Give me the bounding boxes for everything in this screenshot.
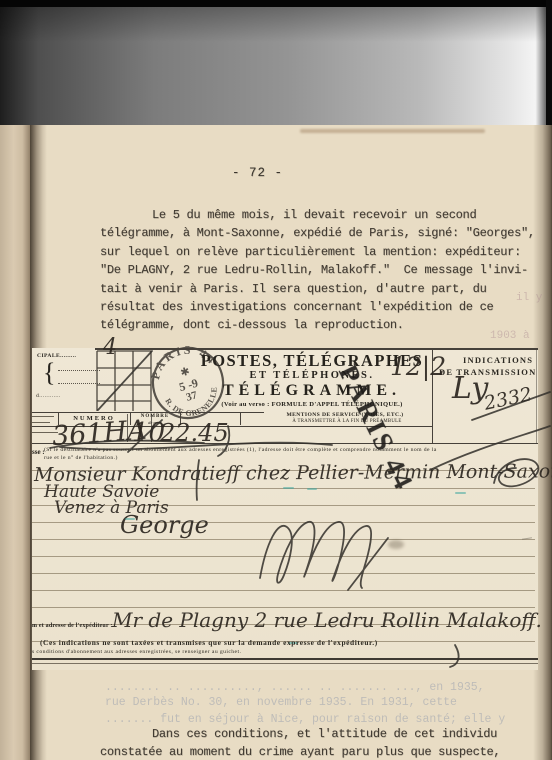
scanned-document: { "document": { "page_number": "- 72 -",… [0,0,552,760]
paragraph-line: télégramme, dont ci-dessous la reproduct… [100,316,535,334]
scan-smudge [300,129,485,133]
scanner-bezel-right [546,0,552,127]
column-tick [240,413,241,425]
fineprint-line-1: (Si le destinataire n'a pas souscrit un … [44,447,437,453]
form-right-border [536,348,537,443]
bleedthrough-line: rue Derbès No. 30, en novembre 1935. En … [105,696,457,709]
sender-note-2: s conditions d'abonnement aux adresses e… [32,649,241,655]
form-title-telegramme: TÉLÉGRAMME. [162,382,462,400]
sender-label: m et adresse de l'expéditeur : [32,623,113,629]
paragraph-line: télégramme, à Mont-Saxonne, expédié de P… [100,224,535,242]
bleedthrough-fragment: 1903 à [490,330,530,342]
handwritten-grid-number: 4 [103,337,117,359]
body-paragraph-1: Le 5 du même mois, il devait recevoir un… [100,206,535,335]
paragraph-line: "De PLAGNY, 2 rue Ledru-Rollin, Malakoff… [100,261,535,279]
ruled-line [32,522,535,523]
form-bottom-rule-2 [32,663,538,664]
page-number: - 72 - [232,166,283,180]
signature-scrawl [260,522,371,588]
handwritten-transmission-mark: 12|2 [390,354,446,379]
ruled-line [32,590,535,591]
paragraph-line: constatée au moment du crime ayant paru … [100,745,500,759]
telegram-form: CIPALE......... { d............ 4 [32,348,538,670]
check-mark [283,487,294,489]
left-stub-line [32,422,50,423]
paragraph-line: Le 5 du même mois, il devait recevoir un… [100,206,535,224]
bleedthrough-line: ........ .. .........., ...... .. ......… [105,681,485,694]
paragraph-line: Dans ces conditions, et l'attitude de ce… [152,727,497,741]
form-mentions-label: MENTIONS DE SERVICE (VOIES, ETC.) [260,412,430,418]
document-page: - 72 - Le 5 du même mois, il devait rece… [0,125,552,760]
form-bottom-rule [32,658,538,660]
paragraph-line: résultat des investigations concernant l… [100,298,535,316]
handwritten-deposit-time: 22.45 [160,421,229,445]
fineprint-line-2: rue et le n° de l'habitation.) [44,455,118,461]
ink-smudge [388,540,404,549]
page-edge-left [0,125,30,760]
check-mark [307,488,317,490]
left-stub-line [32,416,54,417]
paragraph-line: sur lequel on relève particulièrement la… [100,243,535,261]
dotted-entry-line [58,369,100,371]
indications-label-1: INDICATIONS [463,355,533,365]
scanner-bezel-top [0,0,552,7]
handwritten-sender: Mr de Plagny 2 rue Ledru Rollin Malakoff… [112,610,542,630]
ruled-line [32,556,535,557]
signature-cross-stroke [348,538,388,590]
dotted-entry-line [58,382,100,384]
sender-note: (Ces indications ne sont taxées et trans… [40,638,378,647]
ruled-line [32,539,535,540]
bleedthrough-fragment: il y [516,292,542,304]
ruled-line [32,573,535,574]
bleedthrough-line: ....... fut en séjour à Nice, pour raiso… [105,713,505,726]
scanner-background [0,7,552,125]
form-mentions-label2: À TRANSMETTRE À LA FIN DU PRÉAMBULE [277,419,417,424]
form-verso-note: (Voir au verso : FORMULE D'APPEL TÉLÉPHO… [162,401,462,408]
check-mark [455,492,466,494]
paragraph-line: tait à venir à Paris. Il sera question, … [100,280,535,298]
form-label-dotted: d............ [36,393,61,399]
check-mark [125,518,135,520]
handwritten-signature: George [120,513,209,537]
brace-glyph: { [43,358,55,388]
addressee-label-fragment: sse : [32,448,45,456]
handwritten-number-crossed: 2332 [483,385,534,414]
